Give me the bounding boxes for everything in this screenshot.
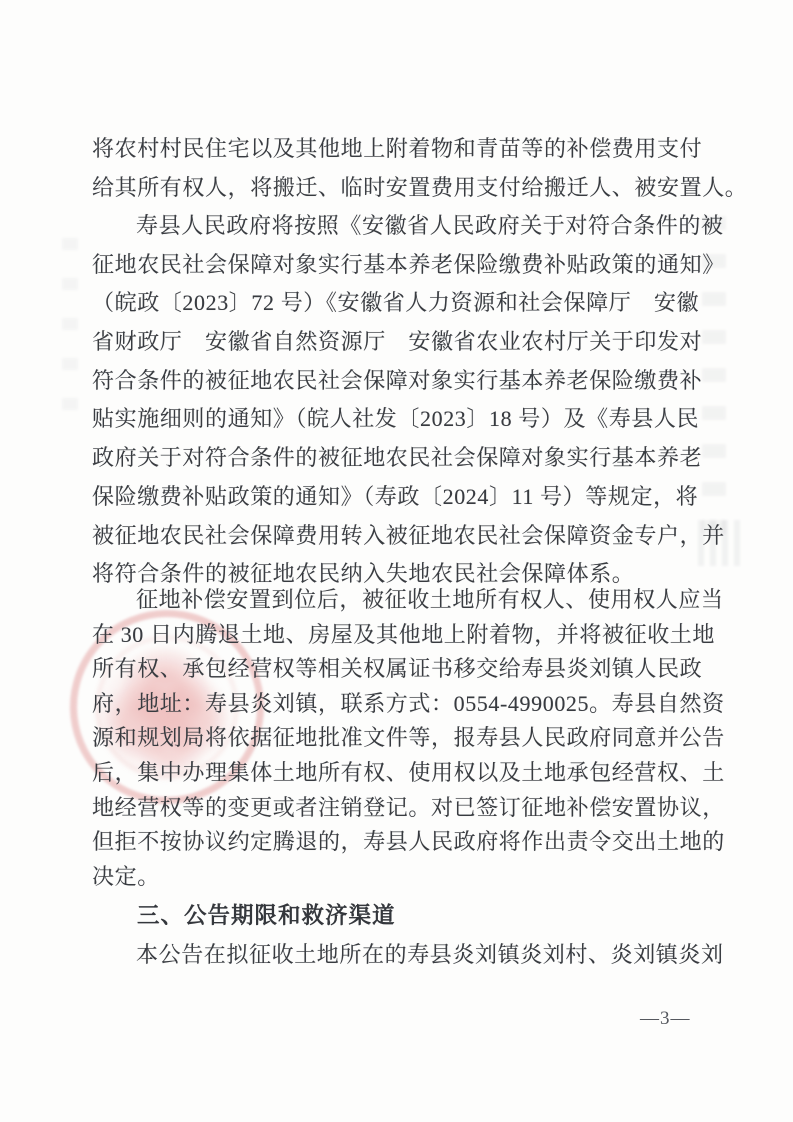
text-line: 本公告在拟征收土地所在的寿县炎刘镇炎刘村、炎刘镇炎刘: [92, 936, 710, 975]
text-line: 省财政厅 安徽省自然资源厅 安徽省农业农村厅关于印发对: [92, 323, 710, 362]
text-line: 符合条件的被征地农民社会保障对象实行基本养老保险缴费补: [92, 362, 710, 401]
text-line: 府，地址：寿县炎刘镇，联系方式：0554-4990025。寿县自然资: [92, 687, 710, 722]
paragraph-land-handover: 征地补偿安置到位后，被征收土地所有权人、使用权人应当在 30 日内腾退土地、房屋…: [92, 583, 710, 894]
text-line: 贴实施细则的通知》（皖人社发〔2023〕18 号）及《寿县人民: [92, 400, 710, 439]
paragraph-notice-period: 本公告在拟征收土地所在的寿县炎刘镇炎刘村、炎刘镇炎刘: [92, 936, 710, 975]
text-line: 将农村村民住宅以及其他地上附着物和青苗等的补偿费用支付: [92, 130, 710, 169]
bleed-through-artifact: [62, 238, 78, 418]
text-line: 后，集中办理集体土地所有权、使用权以及土地承包经营权、土: [92, 756, 710, 791]
text-line: （皖政〔2023〕72 号）《安徽省人力资源和社会保障厅 安徽: [92, 284, 710, 323]
text-line: 给其所有权人，将搬迁、临时安置费用支付给搬迁人、被安置人。: [92, 169, 710, 208]
text-line: 寿县人民政府将按照《安徽省人民政府关于对符合条件的被: [92, 207, 710, 246]
text-line: 政府关于对符合条件的被征地农民社会保障对象实行基本养老: [92, 439, 710, 478]
text-line: 但拒不按协议约定腾退的，寿县人民政府将作出责令交出土地的: [92, 825, 710, 860]
page-number: —3—: [640, 1008, 691, 1030]
text-line: 征地农民社会保障对象实行基本养老保险缴费补贴政策的通知》: [92, 246, 710, 285]
paragraph-social-security-policy: 寿县人民政府将按照《安徽省人民政府关于对符合条件的被征地农民社会保障对象实行基本…: [92, 207, 710, 594]
text-line: 所有权、承包经营权等相关权属证书移交给寿县炎刘镇人民政: [92, 652, 710, 687]
text-line: 征地补偿安置到位后，被征收土地所有权人、使用权人应当: [92, 583, 710, 618]
text-line: 在 30 日内腾退土地、房屋及其他地上附着物，并将被征收土地: [92, 618, 710, 653]
paragraph-continuation: 将农村村民住宅以及其他地上附着物和青苗等的补偿费用支付给其所有权人，将搬迁、临时…: [92, 130, 710, 207]
text-line: 源和规划局将依据征地批准文件等，报寿县人民政府同意并公告: [92, 721, 710, 756]
scanned-document-page: 将农村村民住宅以及其他地上附着物和青苗等的补偿费用支付给其所有权人，将搬迁、临时…: [0, 0, 793, 1122]
section-heading: 三、公告期限和救济渠道: [92, 898, 710, 934]
text-line: 决定。: [92, 860, 710, 895]
text-line: 保险缴费补贴政策的通知》（寿政〔2024〕11 号）等规定，将: [92, 478, 710, 517]
text-line: 被征地农民社会保障费用转入被征地农民社会保障资金专户，并: [92, 517, 710, 556]
text-line: 地经营权等的变更或者注销登记。对已签订征地补偿安置协议，: [92, 791, 710, 826]
